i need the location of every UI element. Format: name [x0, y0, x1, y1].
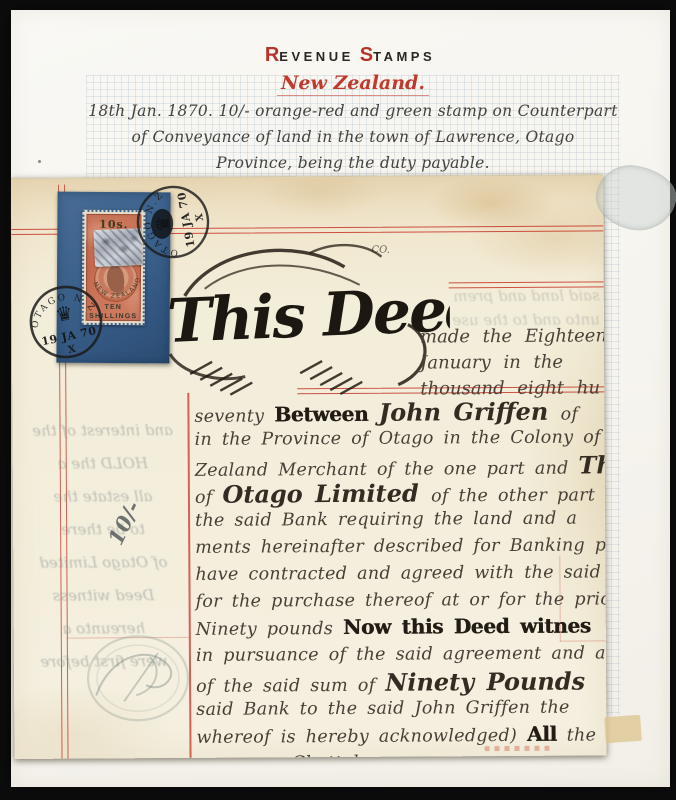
deed-word-segment: the said Bank requiring the land and a	[195, 509, 577, 531]
caption-line: 18th Jan. 1870. 10/- orange-red and gree…	[86, 98, 620, 124]
deed-word-segment: for the purchase thereof at or for the p…	[196, 589, 607, 612]
deed-line: have contracted and agreed with the said	[195, 559, 606, 589]
deed-word-segment: John Griffen	[379, 397, 561, 427]
svg-text:CO.: CO.	[371, 245, 390, 256]
caption-line: Province, being the duty payable.	[86, 150, 620, 176]
title-text: EVENUE	[279, 49, 353, 64]
paper-speck	[38, 160, 41, 163]
ghost-line: to be there	[17, 513, 189, 547]
deed-line: of Otago Limited of the other part Wh	[195, 478, 607, 508]
album-page: REVENUESTAMPS New Zealand. 18th Jan. 187…	[11, 10, 670, 787]
caption-line: of Conveyance of land in the town of Law…	[86, 124, 620, 150]
svg-text:♛: ♛	[54, 302, 75, 327]
ghost-line: HOLD the a	[17, 447, 189, 481]
deed-line: made the Eighteen	[420, 323, 607, 350]
deed-word-segment: in the Province of Otago in the Colony o…	[195, 427, 601, 449]
deed-word-segment: of the other part	[431, 485, 605, 506]
svg-text:This Deed: This Deed	[166, 274, 451, 357]
title-text: TAMPS	[373, 49, 435, 64]
title-initial: S	[360, 44, 373, 66]
ghost-seal	[66, 623, 217, 734]
deed-word-segment: in pursuance of the said agreement and a	[196, 643, 606, 666]
ghost-line: Deed witness	[17, 579, 189, 613]
ghost-line: of Otago Limited	[17, 546, 189, 580]
postmark-otago-lower: OTAGO N.Z ♛ 19 JA 70 X	[14, 270, 118, 374]
deed-word-segment: Chattels	[292, 753, 369, 759]
deed-word-segment: whereof is hereby acknowledged)	[196, 726, 527, 748]
deed-word-segment: ments hereinafter described for Banking …	[195, 535, 606, 558]
deed-body-text: seventy Between John Griffen ofin the Pr…	[194, 397, 606, 759]
deed-line: Zealand Merchant of the one part and The	[195, 451, 607, 481]
deed-word-segment: the sa	[557, 725, 607, 745]
ghost-line: all estate the	[17, 480, 189, 514]
deed-word-segment: Zealand Merchant of the one part and	[195, 459, 579, 481]
deed-line: for the purchase thereof at or for the p…	[196, 586, 607, 616]
deed-line: whereof is hereby acknowledged) All the …	[196, 721, 606, 751]
deed-word-segment: seventy	[194, 406, 274, 426]
deed-line: Ninety pounds Now this Deed witnes	[196, 613, 607, 643]
paper-speck	[451, 158, 453, 160]
ghost-line: and interest of the	[16, 414, 188, 448]
deed-line: ments hereinafter described for Banking …	[195, 532, 606, 562]
svg-text:X: X	[194, 212, 206, 222]
deed-word-segment: Between	[274, 402, 379, 427]
deed-line: in pursuance of the said agreement and a	[196, 640, 607, 670]
deed-word-segment: Ninety pounds	[196, 619, 343, 640]
title-initial: R	[265, 44, 279, 66]
deed-opening-lines: made the EighteenJanuary in thethousand …	[420, 323, 607, 402]
country-subtitle: New Zealand.	[86, 72, 620, 94]
deed-word-segment: Ninety Pounds	[385, 667, 585, 697]
deed-line: of the said sum of Ninety Pounds	[196, 667, 607, 697]
deed-word-segment: of	[195, 488, 223, 508]
deed-word-segment: of the said sum of	[196, 676, 385, 697]
deed-word-segment: said Bank to the said John Griffen the	[196, 698, 570, 720]
deed-line: seventy Between John Griffen of	[194, 397, 606, 427]
deed-word-segment: The	[578, 450, 606, 479]
postmark-otago-upper: OTAGO N.Z ♛ 19 JA 70 X	[122, 171, 224, 273]
deed-word-segment: Otago Limited	[222, 478, 431, 508]
deed-word-segment: All	[527, 722, 557, 746]
deed-word-segment: have contracted and agreed with the said	[195, 562, 601, 584]
deed-line: in the Province of Otago in the Colony o…	[195, 424, 607, 454]
handwritten-caption: 18th Jan. 1870. 10/- orange-red and gree…	[86, 98, 620, 176]
deed-line: said Bank to the said John Griffen the	[196, 694, 606, 724]
deed-word-segment: Now this Deed witnes	[343, 613, 591, 639]
deed-word-segment: of	[561, 405, 579, 425]
page-title: REVENUESTAMPS	[86, 44, 620, 67]
deed-line: January in the	[420, 349, 606, 376]
hinge-stain	[604, 715, 642, 743]
deed-line: the said Bank requiring the land and a	[195, 505, 607, 535]
svg-text:X: X	[67, 344, 77, 356]
